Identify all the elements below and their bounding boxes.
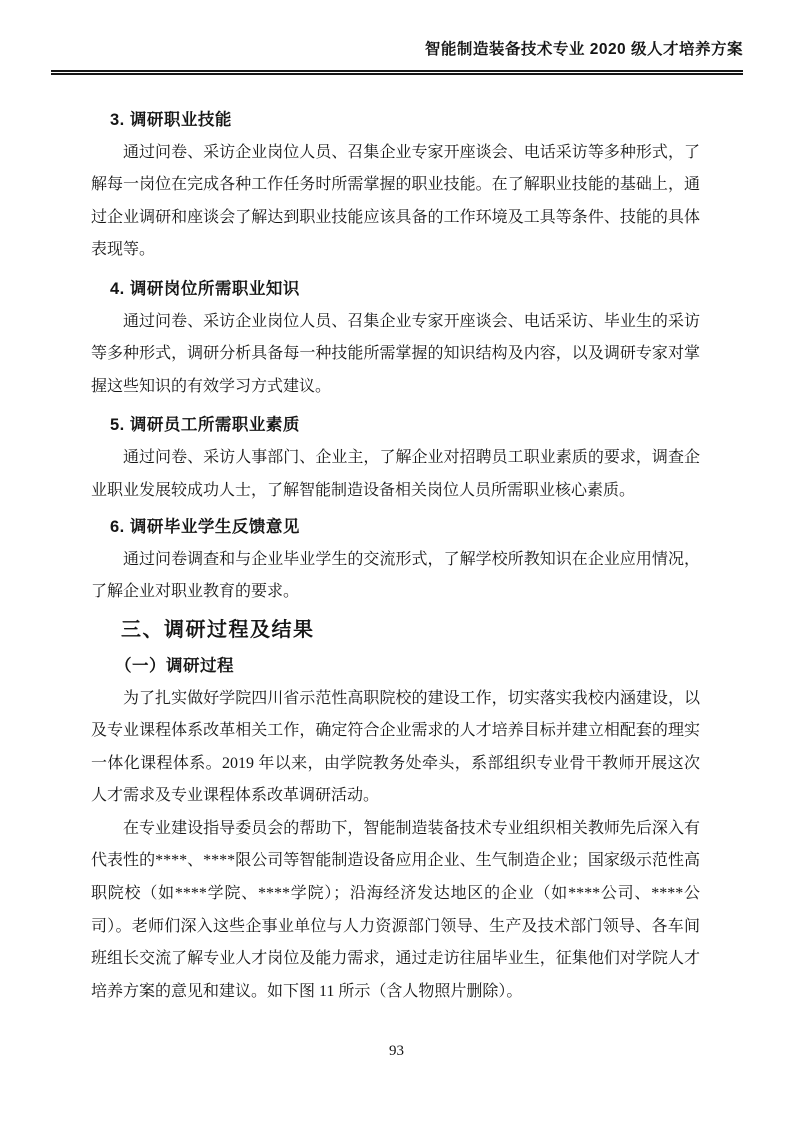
section-paragraph: 通过问卷、采访人事部门、企业主，了解企业对招聘员工职业素质的要求，调查企业职业发… (91, 442, 700, 507)
section-paragraph: 通过问卷、采访企业岗位人员、召集企业专家开座谈会、电话采访、毕业生的采访等多种形… (91, 306, 700, 404)
page-number: 93 (0, 1041, 793, 1061)
document-page: 智能制造装备技术专业 2020 级人才培养方案 3. 调研职业技能 通过问卷、采… (0, 0, 793, 1122)
section-paragraph: 通过问卷调查和与企业毕业学生的交流形式，了解学校所教知识在企业应用情况，了解企业… (91, 544, 700, 609)
section-heading: 6. 调研毕业学生反馈意见 (91, 511, 700, 544)
subsection-heading: （一）调研过程 (91, 650, 700, 683)
section: 4. 调研岗位所需职业知识 通过问卷、采访企业岗位人员、召集企业专家开座谈会、电… (91, 273, 700, 403)
section-paragraph: 通过问卷、采访企业岗位人员、召集企业专家开座谈会、电话采访等多种形式，了解每一岗… (91, 137, 700, 267)
chapter-heading: 三、调研过程及结果 (91, 612, 700, 648)
document-body: 3. 调研职业技能 通过问卷、采访企业岗位人员、召集企业专家开座谈会、电话采访等… (91, 99, 700, 1008)
header-title: 智能制造装备技术专业 2020 级人才培养方案 (425, 37, 743, 59)
section-heading: 5. 调研员工所需职业素质 (91, 409, 700, 442)
section-heading: 3. 调研职业技能 (91, 104, 700, 137)
section: 5. 调研员工所需职业素质 通过问卷、采访人事部门、企业主，了解企业对招聘员工职… (91, 409, 700, 507)
paragraph: 在专业建设指导委员会的帮助下，智能制造装备技术专业组织相关教师先后深入有代表性的… (91, 813, 700, 1009)
section: 3. 调研职业技能 通过问卷、采访企业岗位人员、召集企业专家开座谈会、电话采访等… (91, 104, 700, 267)
section-heading: 4. 调研岗位所需职业知识 (91, 273, 700, 306)
section: 6. 调研毕业学生反馈意见 通过问卷调查和与企业毕业学生的交流形式，了解学校所教… (91, 511, 700, 609)
paragraph: 为了扎实做好学院四川省示范性高职院校的建设工作，切实落实我校内涵建设，以及专业课… (91, 683, 700, 813)
header-rule-thick-line (51, 73, 743, 76)
chapter: 三、调研过程及结果 （一）调研过程 为了扎实做好学院四川省示范性高职院校的建设工… (91, 612, 700, 1009)
header-rule (51, 70, 743, 75)
